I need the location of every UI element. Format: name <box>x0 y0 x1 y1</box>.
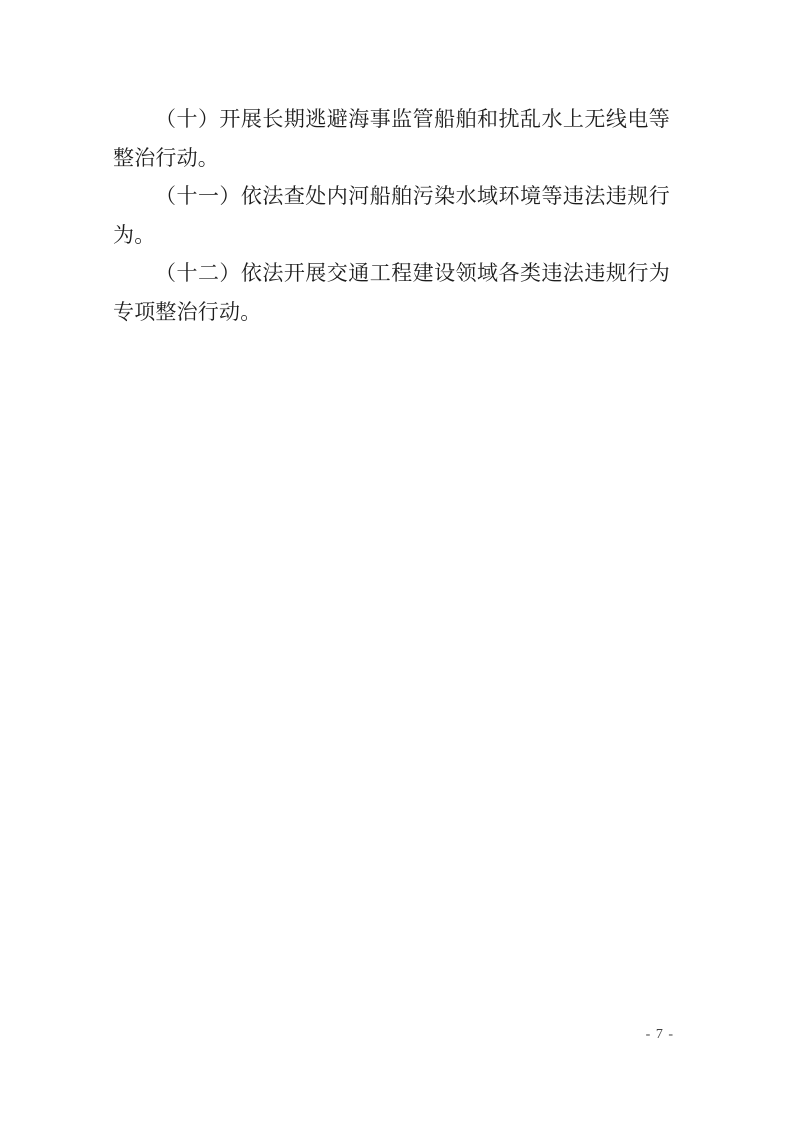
paragraph-line: （十）开展长期逃避海事监管船舶和扰乱水上无线电等 <box>113 100 670 139</box>
paragraph-line: （十二）依法开展交通工程建设领域各类违法违规行为 <box>113 254 670 293</box>
paragraph-line: （十一）依法查处内河船舶污染水域环境等违法违规行 <box>113 177 670 216</box>
paragraph-item-12: （十二）依法开展交通工程建设领域各类违法违规行为 专项整治行动。 <box>113 254 670 331</box>
document-page: （十）开展长期逃避海事监管船舶和扰乱水上无线电等 整治行动。 （十一）依法查处内… <box>0 0 793 1122</box>
paragraph-item-10: （十）开展长期逃避海事监管船舶和扰乱水上无线电等 整治行动。 <box>113 100 670 177</box>
paragraph-line: 整治行动。 <box>113 139 670 178</box>
paragraph-line: 为。 <box>113 216 670 255</box>
paragraph-line: 专项整治行动。 <box>113 293 670 332</box>
paragraph-item-11: （十一）依法查处内河船舶污染水域环境等违法违规行 为。 <box>113 177 670 254</box>
page-number: - 7 - <box>646 1027 674 1043</box>
document-body: （十）开展长期逃避海事监管船舶和扰乱水上无线电等 整治行动。 （十一）依法查处内… <box>113 100 670 332</box>
